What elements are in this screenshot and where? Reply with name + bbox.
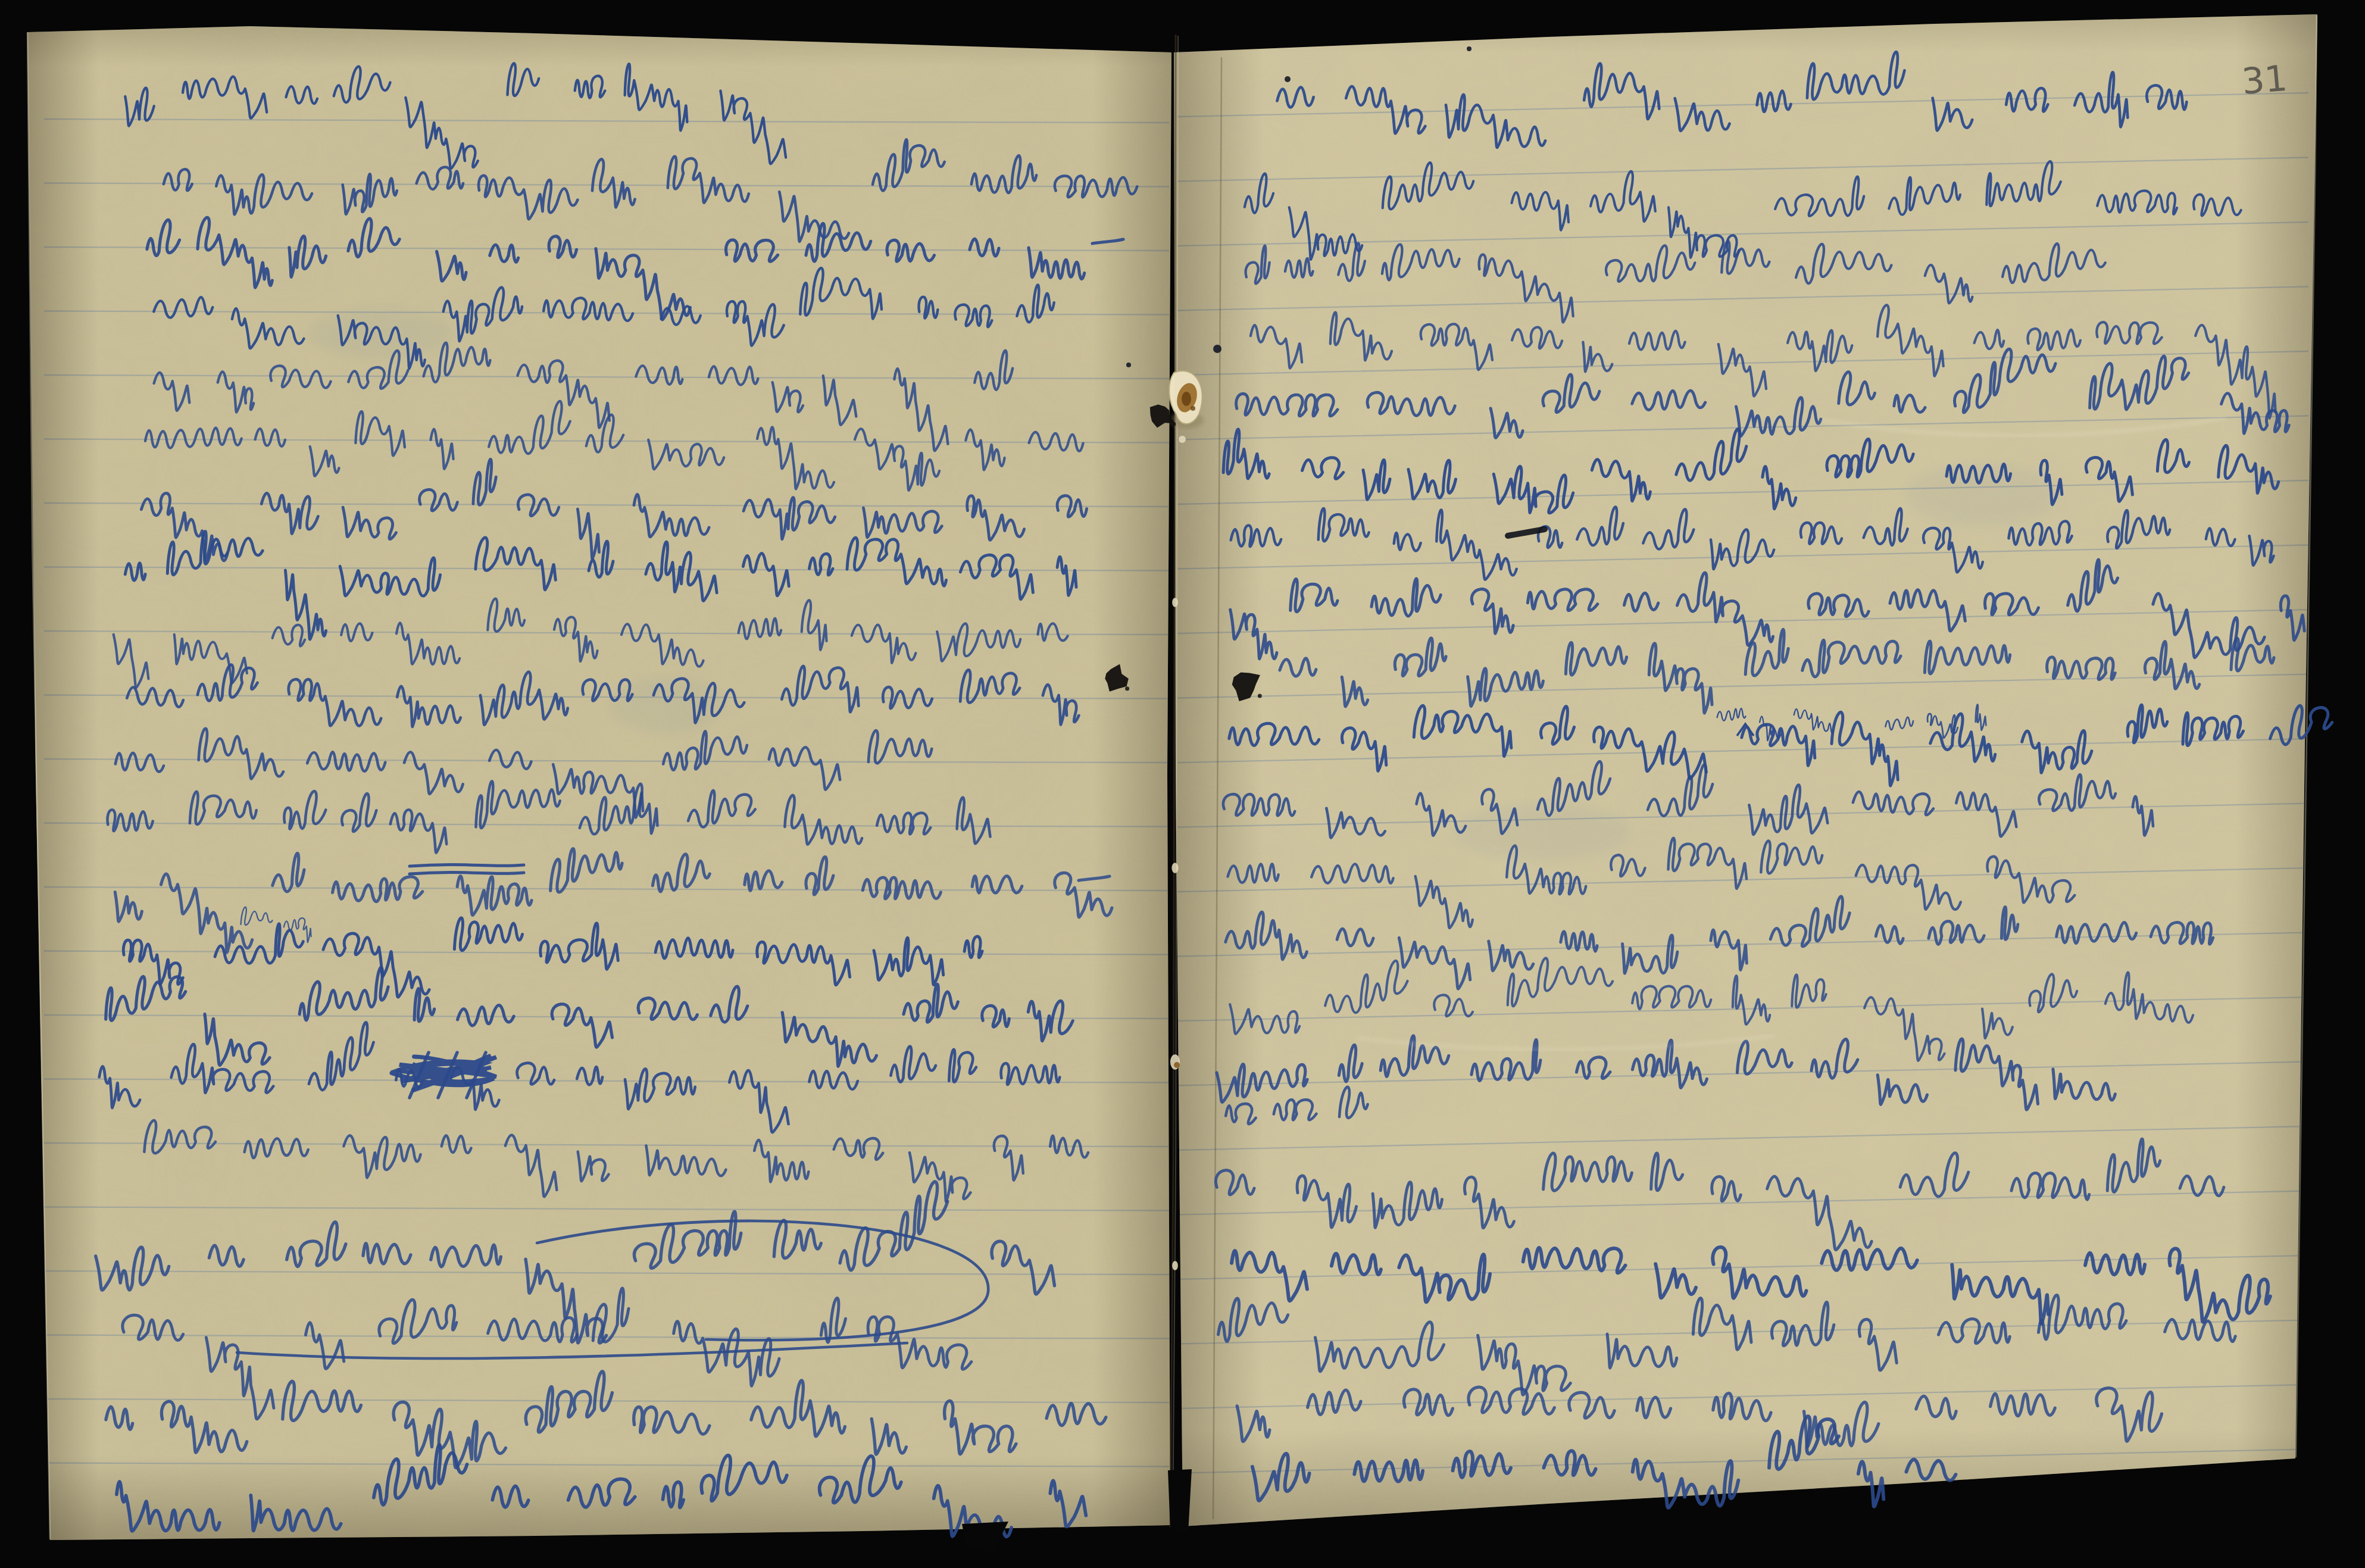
document-scan: 31: [0, 0, 2365, 1568]
scanned-notebook-spread: 31: [0, 0, 2365, 1568]
fold-tear-fleck: [1172, 1261, 1178, 1270]
